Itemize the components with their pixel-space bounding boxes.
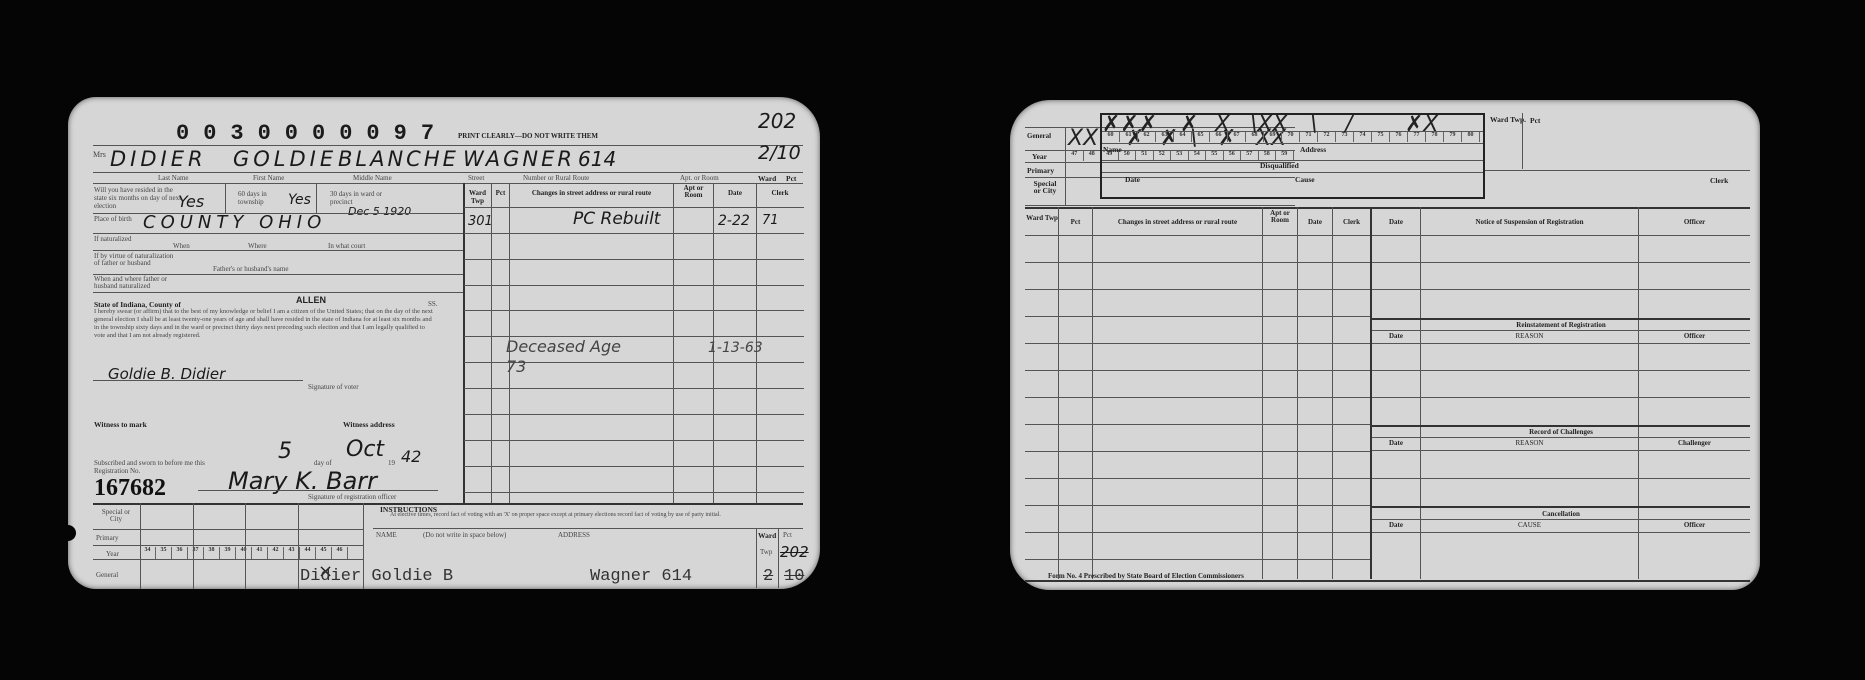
col-ward-twp: Ward Twp (464, 189, 491, 205)
resided-state-answer: Yes (178, 192, 204, 211)
label-court: In what court (328, 242, 365, 250)
label-cause-disqualified: Cause (1295, 175, 1315, 184)
label-general-back: General (1027, 132, 1051, 140)
col-cancellation-cause: CAUSE (1421, 521, 1638, 529)
form-footer: Form No. 4 Prescribed by State Board of … (1048, 572, 1244, 580)
cancellation-title: Cancellation (1372, 510, 1750, 518)
print-clearly-note: PRINT CLEARLY—DO NOT WRITE THEM (458, 132, 598, 140)
street-name: WAGNER (463, 147, 575, 171)
label-virtue: If by virtue of naturalization of father… (94, 253, 174, 267)
subscribed-day: 5 (278, 439, 292, 464)
year-cell: 42 (268, 547, 284, 559)
registration-card-front: 0030000097 PRINT CLEARLY—DO NOT WRITE TH… (68, 97, 820, 589)
county-name: ALLEN (296, 295, 326, 305)
label-father-name: Father's or husband's name (213, 265, 288, 273)
col-clerk: Clerk (757, 189, 803, 197)
label-date-disqualified: Date (1125, 175, 1140, 184)
middle-name: BLANCHE (338, 147, 459, 171)
label-street: Street (468, 174, 484, 182)
year-cell: 63 (1156, 132, 1174, 142)
year-cell: 48 (1084, 151, 1102, 161)
vote-mark-x: ✗✗✗ (1102, 112, 1157, 137)
label-primary: Primary (96, 534, 119, 542)
row1-date: 2-22 (718, 213, 750, 229)
col-ward-twp-back: Ward Twp (1026, 215, 1058, 222)
year-cell: 44 (300, 547, 316, 559)
first-name: GOLDIE (233, 147, 337, 171)
label-when-where: When and where father or husband natural… (94, 276, 184, 290)
row1-clerk: 71 (762, 213, 779, 228)
label-place-of-birth: Place of birth (94, 215, 134, 223)
label-apt: Apt. or Room (680, 174, 719, 182)
label-ward-twp-back: Ward Twp. (1490, 116, 1526, 124)
year-cell: 39 (220, 547, 236, 559)
label-day-of: day of (314, 459, 332, 467)
col-apt: Apt or Room (674, 185, 713, 199)
year-cell: 37 (188, 547, 204, 559)
year-cell: 45 (316, 547, 332, 559)
label-address: ADDRESS (558, 531, 590, 539)
label-ward-bottom: Ward (758, 531, 776, 540)
year-cell: 34 (140, 547, 156, 559)
oath-text: I hereby swear (or affirm) that to the b… (94, 308, 434, 340)
col-reinstatement-officer: Officer (1639, 332, 1750, 340)
label-disqualified: Disqualified (1260, 161, 1299, 170)
label-ward: Ward (758, 174, 776, 183)
corner-number: 202 (758, 109, 796, 133)
label-name-back: Name (1103, 145, 1122, 154)
year-cell: 72 (1318, 132, 1336, 142)
year-cell: 47 (1066, 151, 1084, 161)
col-clerk-back: Clerk (1333, 218, 1370, 226)
col-date: Date (714, 189, 756, 197)
label-name: NAME (376, 531, 397, 539)
year-cell: 74 (1354, 132, 1372, 142)
row1-ward: 301 (468, 214, 493, 229)
col-pct-back: Pct (1059, 218, 1092, 226)
label-officer-signature: Signature of registration officer (308, 493, 396, 501)
label-name-note: (Do not write in space below) (423, 531, 506, 539)
col-suspension-officer: Officer (1639, 218, 1750, 226)
year-cell: 46 (332, 547, 348, 559)
label-special-city: Special or City (96, 509, 136, 523)
col-pct: Pct (492, 189, 509, 197)
row2-date: 1-13-63 (708, 340, 763, 356)
label-last-name: Last Name (158, 174, 189, 182)
reinstatement-title: Reinstatement of Registration (1372, 321, 1750, 329)
township-answer: Yes (288, 192, 311, 208)
ward-precinct-answer: Dec 5 1920 (348, 205, 411, 218)
col-cancellation-date: Date (1372, 521, 1420, 529)
vote-mark-x: \ (1310, 112, 1317, 137)
typed-name: Didier Goldie B (300, 567, 453, 586)
place-of-birth: COUNTY OHIO (143, 212, 326, 233)
label-first-name: First Name (253, 174, 284, 182)
challenges-title: Record of Challenges (1372, 428, 1750, 436)
vote-mark-x: ✗ (1180, 112, 1198, 137)
label-where: Where (248, 242, 267, 250)
suspension-title: Notice of Suspension of Registration (1421, 218, 1638, 226)
col-reinstatement-reason: REASON (1421, 332, 1638, 340)
col-challenges-reason: REASON (1421, 439, 1638, 447)
instructions-text: At elective times, record fact of voting… (390, 512, 790, 519)
last-name: DIDIER (110, 147, 207, 171)
col-reinstatement-date: Date (1372, 332, 1420, 340)
typed-ward: 2 (763, 567, 773, 586)
label-pct: Pct (786, 174, 796, 183)
label-voter-signature: Signature of voter (308, 383, 359, 391)
vote-mark-x: XX (1068, 126, 1098, 151)
year-cell: 80 (1462, 132, 1480, 142)
col-apt-back: Apt or Room (1263, 210, 1297, 224)
year-cell: 41 (252, 547, 268, 559)
label-pct-bottom: Pct (783, 531, 792, 539)
typed-address: Wagner 614 (590, 567, 692, 586)
typed-pct: 10 (784, 567, 804, 586)
label-special-back: Special or City (1030, 180, 1060, 194)
year-cell: 67 (1228, 132, 1246, 142)
label-township: 60 days in township (238, 190, 288, 206)
subscribed-year: 42 (401, 447, 421, 466)
label-ward-precinct: 30 days in ward or precinct (330, 190, 400, 206)
label-year-back: Year (1032, 152, 1047, 161)
vote-mark-x: \XX (1250, 112, 1288, 137)
year-cell: 79 (1444, 132, 1462, 142)
year-cell: 35 (156, 547, 172, 559)
label-pct-back: Pct (1530, 116, 1540, 125)
year-cell: 38 (204, 547, 220, 559)
vote-mark-x: X (1215, 112, 1230, 137)
col-challenges-date: Date (1372, 439, 1420, 447)
row2-change: Deceased Age 73 (506, 337, 646, 377)
col-changes-back: Changes in street address or rural route (1093, 218, 1262, 226)
vote-mark-x: ✗X (1405, 112, 1439, 137)
label-subscribed: Subscribed and sworn to before me this (94, 459, 205, 467)
title-prefix: Mrs (93, 150, 106, 159)
label-when: When (173, 242, 190, 250)
col-suspension-date: Date (1372, 218, 1420, 226)
label-number: Number or Rural Route (523, 174, 589, 182)
label-general: General (96, 571, 118, 579)
col-challenger: Challenger (1639, 439, 1750, 447)
label-address-back: Address (1300, 145, 1326, 154)
label-resided-state: Will you have resided in the state six m… (94, 186, 184, 210)
vote-mark-x: / (1345, 112, 1352, 137)
label-witness: Witness to mark (94, 420, 147, 429)
row1-change: PC Rebuilt (573, 209, 660, 229)
subscribed-month: Oct (346, 437, 384, 462)
label-year-prefix: 19 (388, 459, 395, 467)
label-twp-bottom: Twp (760, 548, 772, 556)
label-year: Year (106, 550, 119, 558)
label-primary-back: Primary (1027, 166, 1054, 175)
label-ss: SS. (428, 300, 438, 308)
serial-number: 0030000097 (176, 121, 448, 146)
ward-pct-top: 2/10 (758, 142, 801, 164)
label-registration-no: Registration No. (94, 467, 140, 475)
pct-value-struck: 202 (780, 543, 809, 561)
punch-hole (60, 525, 76, 541)
label-middle-name: Middle Name (353, 174, 392, 182)
col-cancellation-officer: Officer (1639, 521, 1750, 529)
label-naturalized: If naturalized (94, 235, 132, 243)
registration-number: 167682 (94, 475, 166, 502)
registration-card-back: General Year 47 48 49 50 51 52 53 54 55 … (1010, 100, 1760, 590)
year-cell: 75 (1372, 132, 1390, 142)
year-cell: 40 (236, 547, 252, 559)
label-clerk-back: Clerk (1710, 176, 1728, 185)
col-date-back: Date (1298, 218, 1332, 226)
label-witness-address: Witness address (343, 420, 395, 429)
col-changes: Changes in street address or rural route (510, 189, 673, 197)
year-cell: 36 (172, 547, 188, 559)
house-number: 614 (578, 147, 616, 171)
